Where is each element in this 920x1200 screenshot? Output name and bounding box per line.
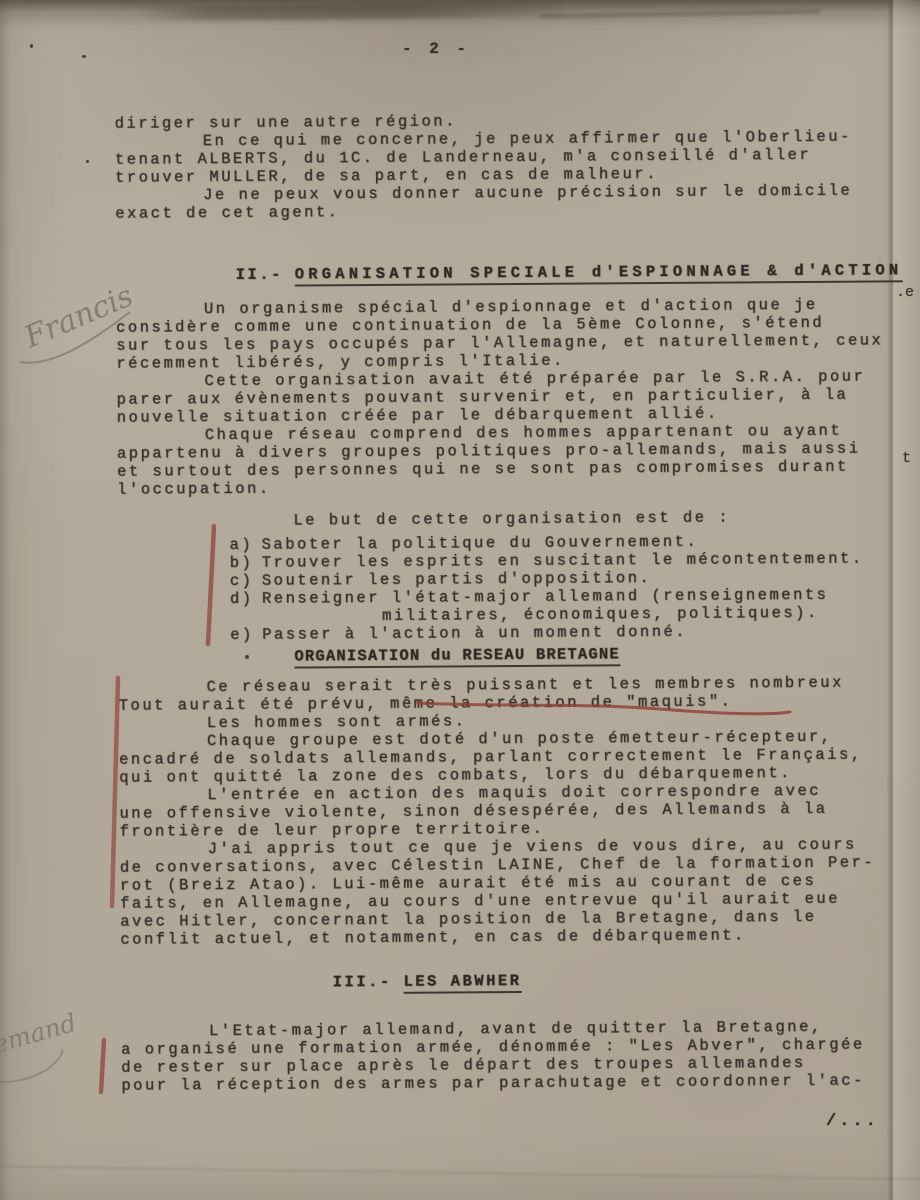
red-margin-line-goals bbox=[208, 526, 214, 644]
hand-annotations-overlay: Francis allemand bbox=[0, 0, 920, 1200]
pencil-note-allemand: allemand bbox=[0, 1008, 80, 1068]
pencil-note-francis: Francis bbox=[19, 279, 139, 356]
red-underline-maquis bbox=[418, 703, 790, 714]
red-margin-line-abwher bbox=[101, 1040, 104, 1092]
scanned-document-page: - 2 - diriger sur une autre région. En c… bbox=[0, 0, 920, 1200]
red-margin-line-bretagne bbox=[112, 678, 118, 906]
